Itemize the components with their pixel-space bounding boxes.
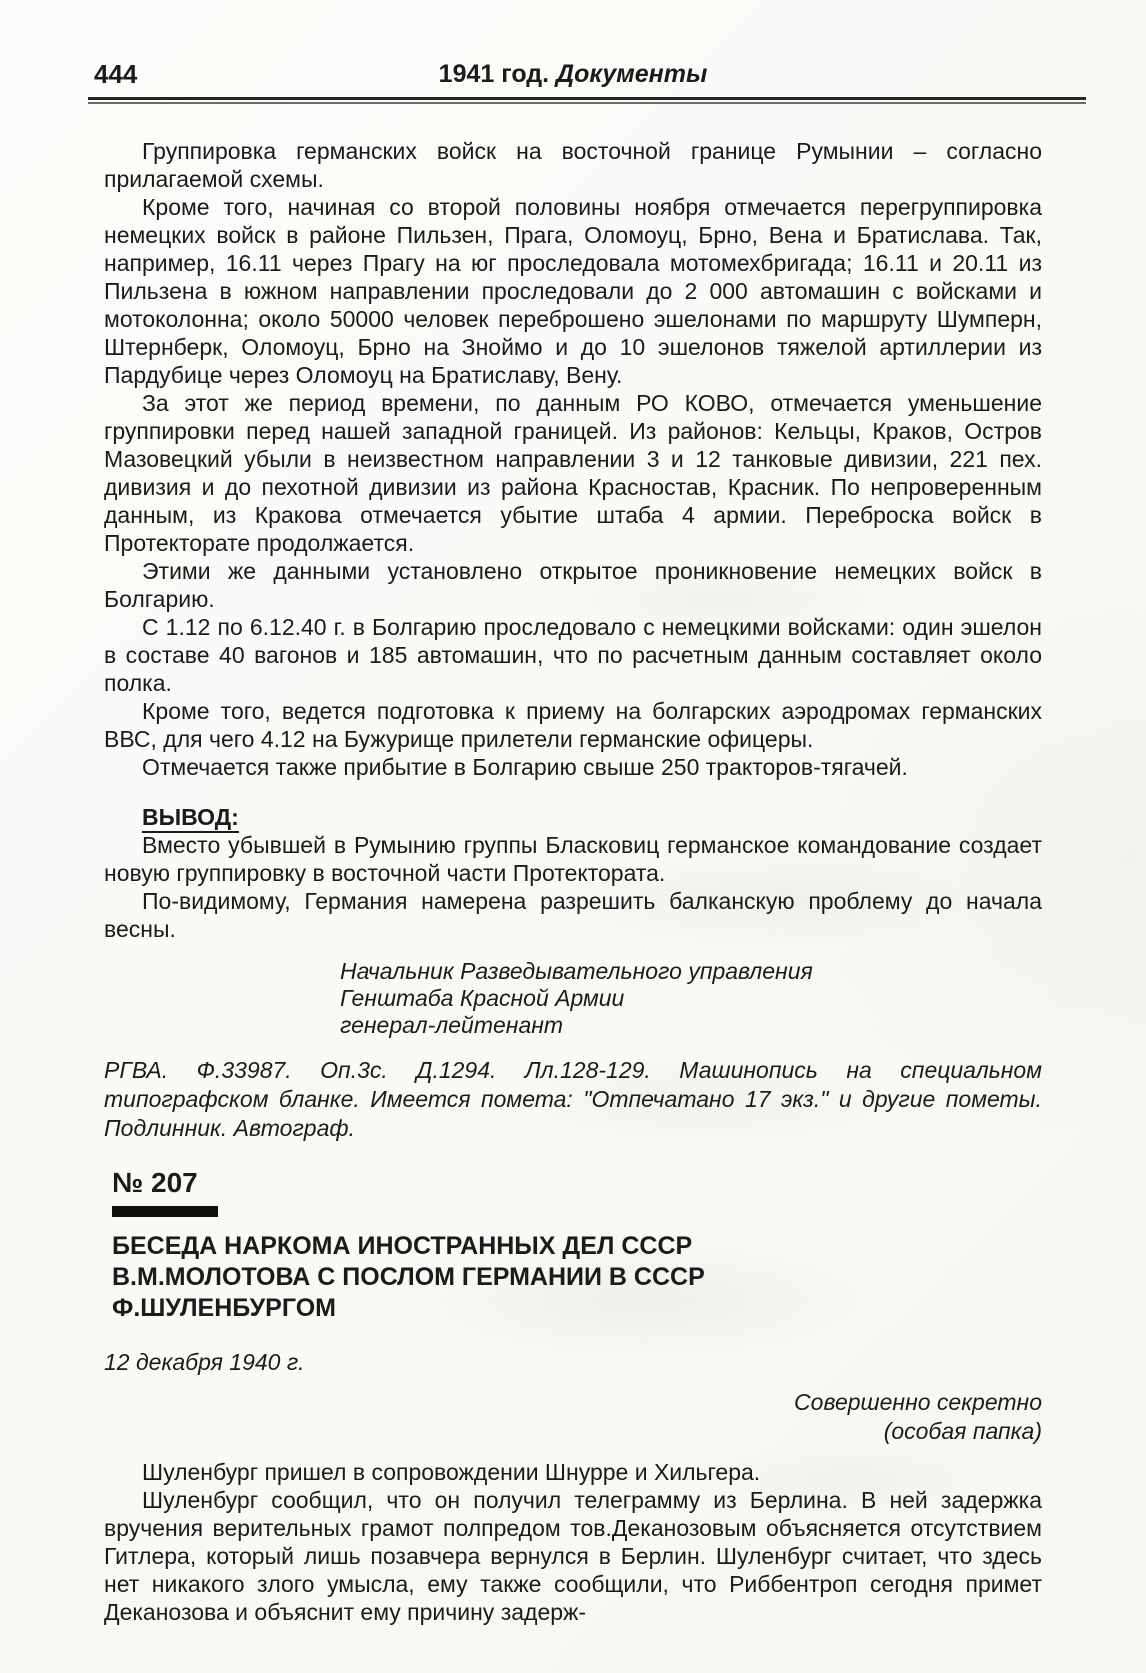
page-number: 444: [94, 59, 137, 90]
report-paragraph: Кроме того, начиная со второй половины н…: [104, 193, 1042, 389]
classification-note: (особая папка): [104, 1417, 1042, 1446]
report-paragraph: Кроме того, ведется подготовка к приему …: [104, 697, 1042, 753]
signature-title-line: Начальник Разведывательного управления: [340, 958, 1042, 985]
document-number-bar: [112, 1206, 218, 1217]
document-title-line: В.М.МОЛОТОВА С ПОСЛОМ ГЕРМАНИИ В СССР: [112, 1262, 1042, 1293]
conclusion-heading: ВЫВОД:: [104, 803, 1042, 831]
document-date: 12 декабря 1940 г.: [104, 1348, 1042, 1376]
document-paragraph: Шуленбург пришел в сопровождении Шнурре …: [104, 1458, 1042, 1486]
classification-stamp: Совершенно секретно (особая папка): [104, 1388, 1042, 1446]
report-paragraph: Отмечается также прибытие в Болгарию свы…: [104, 753, 1042, 781]
running-header: 444 1941 год. Документы: [104, 0, 1042, 90]
document-paragraph: Шуленбург сообщил, что он получил телегр…: [104, 1486, 1042, 1626]
report-body: Группировка германских войск на восточно…: [104, 137, 1042, 781]
running-title: 1941 год. Документы: [104, 60, 1042, 89]
report-paragraph: За этот же период времени, по данным РО …: [104, 389, 1042, 557]
report-paragraph: С 1.12 по 6.12.40 г. в Болгарию проследо…: [104, 613, 1042, 697]
signature-rank: генерал-лейтенант: [340, 1012, 563, 1039]
header-rule-echo: [88, 102, 1086, 104]
document-title-line: БЕСЕДА НАРКОМА ИНОСТРАННЫХ ДЕЛ СССР: [112, 1231, 1042, 1262]
running-title-section: Документы: [556, 60, 707, 88]
signature-block: Начальник Разведывательного управления Г…: [340, 958, 1042, 1039]
header-rule-main: [88, 97, 1086, 100]
running-title-year: 1941 год.: [439, 60, 549, 88]
document-body: Шуленбург пришел в сопровождении Шнурре …: [104, 1458, 1042, 1626]
report-paragraph: Этими же данными установлено открытое пр…: [104, 557, 1042, 613]
conclusion-body: Вместо убывшей в Румынию группы Бласкови…: [104, 831, 1042, 943]
document-title-line: Ф.ШУЛЕНБУРГОМ: [112, 1293, 1042, 1324]
header-rule: [88, 97, 1086, 104]
classification-label: Совершенно секретно: [104, 1388, 1042, 1417]
page-content: 444 1941 год. Документы Группировка герм…: [104, 0, 1042, 1626]
archive-reference: РГВА. Ф.33987. Оп.3с. Д.1294. Лл.128-129…: [104, 1056, 1042, 1143]
conclusion-paragraph: По-видимому, Германия намерена разрешить…: [104, 887, 1042, 943]
document-number: № 207: [104, 1167, 1042, 1199]
signature-title-line: Генштаба Красной Армии: [340, 985, 1042, 1012]
signature-rank-row: генерал-лейтенант (Голиков): [340, 1012, 1042, 1039]
document-title: БЕСЕДА НАРКОМА ИНОСТРАННЫХ ДЕЛ СССР В.М.…: [104, 1231, 1042, 1324]
conclusion-paragraph: Вместо убывшей в Румынию группы Бласкови…: [104, 831, 1042, 887]
scanned-book-page: 444 1941 год. Документы Группировка герм…: [0, 0, 1146, 1673]
report-paragraph: Группировка германских войск на восточно…: [104, 137, 1042, 193]
conclusion-heading-text: ВЫВОД:: [142, 804, 239, 833]
